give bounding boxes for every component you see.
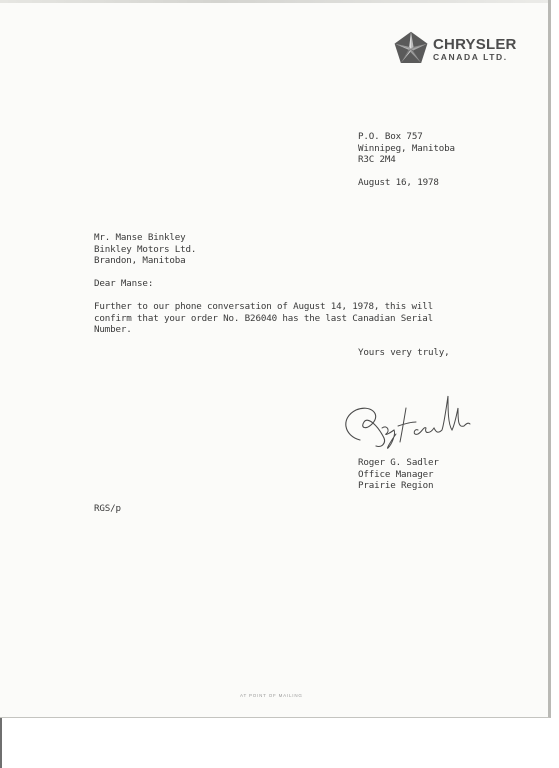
closing: Yours very truly, [358, 347, 449, 359]
letter-date: August 16, 1978 [358, 177, 439, 189]
signer-title: Office Manager [358, 469, 433, 481]
pentastar-icon [393, 31, 429, 67]
handwritten-signature [338, 388, 478, 458]
letter-page: CHRYSLER CANADA LTD. P.O. Box 757 Winnip… [0, 0, 551, 718]
recipient-city: Brandon, Manitoba [94, 255, 185, 267]
footer-note: AT POINT OF MAILING [240, 693, 303, 698]
signer-name: Roger G. Sadler [358, 457, 439, 469]
reference-initials: RGS/p [94, 503, 121, 515]
company-subtitle: CANADA LTD. [433, 52, 517, 62]
sender-address-line3: R3C 2M4 [358, 154, 396, 166]
body-line-3: Number. [94, 324, 132, 336]
recipient-name: Mr. Manse Binkley [94, 232, 185, 244]
body-line-1: Further to our phone conversation of Aug… [94, 301, 433, 313]
signer-region: Prairie Region [358, 480, 433, 492]
recipient-company: Binkley Motors Ltd. [94, 244, 196, 256]
salutation: Dear Manse: [94, 278, 153, 290]
scan-edge [0, 718, 2, 768]
body-line-2: confirm that your order No. B26040 has t… [94, 313, 433, 325]
letterhead-logo: CHRYSLER CANADA LTD. [393, 31, 517, 67]
company-name: CHRYSLER [433, 37, 517, 52]
sender-address-line2: Winnipeg, Manitoba [358, 143, 455, 155]
sender-address-line1: P.O. Box 757 [358, 131, 423, 143]
